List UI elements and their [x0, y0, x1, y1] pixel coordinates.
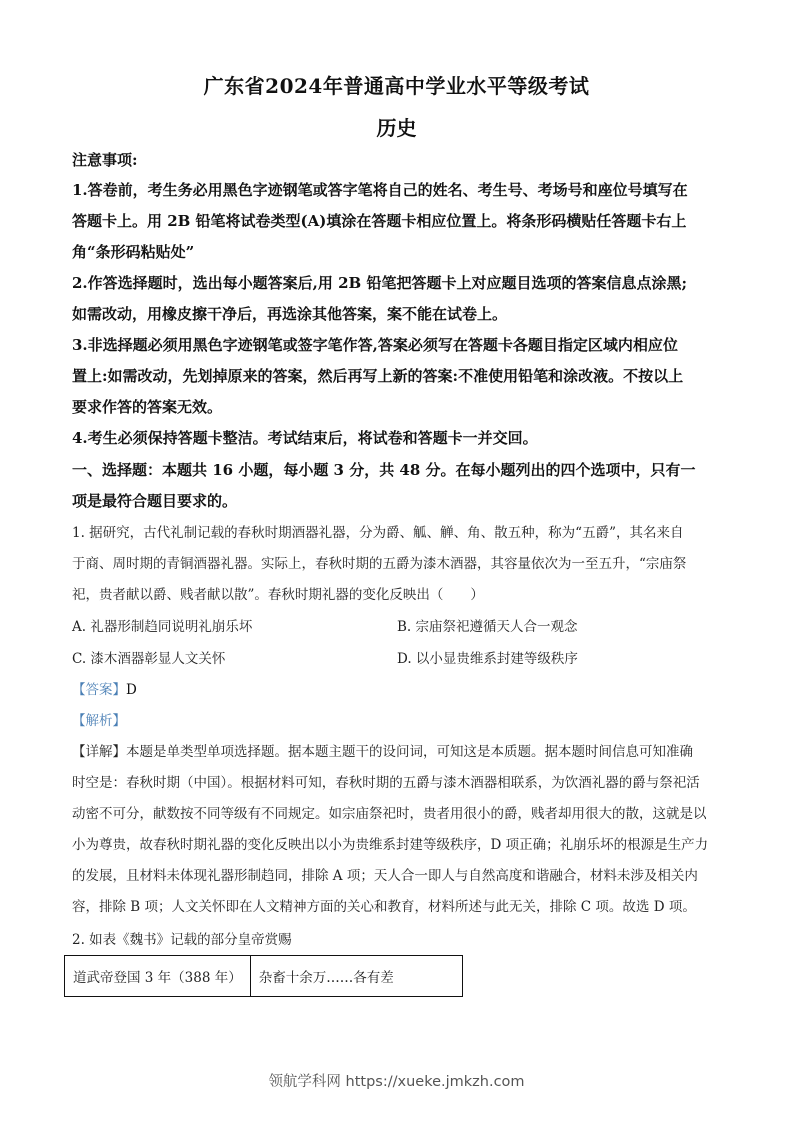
- option-d: D. 以小显贵维系封建等级秩序: [397, 643, 722, 675]
- notice-line: 答题卡上。用 2B 铅笔将试卷类型(A)填涂在答题卡相应位置上。将条形码横贴任答…: [72, 206, 724, 237]
- detail-line: 【详解】本题是单类型单项选择题。据本题主题干的设问词，可知这是本质题。据本题时间…: [72, 737, 724, 768]
- question-line: 于商、周时期的青铜酒器礼器。实际上，春秋时期的五爵为漆木酒器，其容量依次为一至五…: [72, 549, 724, 580]
- footer-watermark: 领航学科网 https://xueke.jmkzh.com: [0, 1070, 793, 1091]
- option-row: A. 礼器形制趋同说明礼崩乐坏 B. 宗庙祭祀遵循天人合一观念: [72, 611, 724, 643]
- question-line: 祀，贵者献以爵、贱者献以散”。春秋时期礼器的变化反映出（ ）: [72, 580, 724, 611]
- analysis-line: 【解析】: [72, 706, 126, 737]
- option-c: C. 漆木酒器彰显人文关怀: [72, 643, 397, 675]
- detail-tag: 【详解】: [72, 744, 126, 760]
- table-cell: 道武帝登国 3 年（388 年）: [65, 956, 251, 997]
- question-line: 1. 据研究，古代礼制记载的春秋时期酒器礼器，分为爵、觚、觯、角、散五种，称为“…: [72, 518, 724, 549]
- section-heading: 一、选择题：本题共 16 小题，每小题 3 分，共 48 分。在每小题列出的四个…: [72, 455, 724, 517]
- table-cell: 杂畜十余万……各有差: [250, 956, 462, 997]
- exam-page: 广东省2024年普通高中学业水平等级考试 历史 注意事项: 1.答卷前，考生务必…: [0, 0, 793, 1122]
- notice-line: 1.答卷前，考生务必用黑色字迹钢笔或答字笔将自己的姓名、考生号、考场号和座位号填…: [72, 175, 724, 206]
- notice-line: 如需改动，用橡皮擦干净后，再选涂其他答案，案不能在试卷上。: [72, 299, 724, 330]
- detail-text: 本题是单类型单项选择题。据本题主题干的设问词，可知这是本质题。据本题时间信息可知…: [126, 744, 693, 760]
- option-a: A. 礼器形制趋同说明礼崩乐坏: [72, 611, 397, 643]
- exam-title: 广东省2024年普通高中学业水平等级考试: [0, 70, 793, 99]
- detail-explanation: 【详解】本题是单类型单项选择题。据本题主题干的设问词，可知这是本质题。据本题时间…: [72, 737, 724, 923]
- notice-line: 3.非选择题必须用黑色字迹钢笔或签字笔作答,答案必须写在答题卡各题目指定区域内相…: [72, 330, 724, 361]
- answer-value: D: [126, 682, 137, 698]
- detail-line: 时空是：春秋时期（中国）。根据材料可知，春秋时期的五爵与漆木酒器相联系，为饮酒礼…: [72, 768, 724, 799]
- notice-line: 置上:如需改动，先划掉原来的答案，然后再写上新的答案:不准使用铅笔和涂改液。不按…: [72, 361, 724, 392]
- option-b: B. 宗庙祭祀遵循天人合一观念: [397, 611, 722, 643]
- table-row: 道武帝登国 3 年（388 年） 杂畜十余万……各有差: [65, 956, 463, 997]
- question-1-stem: 1. 据研究，古代礼制记载的春秋时期酒器礼器，分为爵、觚、觯、角、散五种，称为“…: [72, 518, 724, 611]
- notice-line: 4.考生必须保持答题卡整洁。考试结束后，将试卷和答题卡一并交回。: [72, 423, 724, 454]
- notice-line: 角“条形码粘贴处”: [72, 237, 724, 268]
- option-row: C. 漆木酒器彰显人文关怀 D. 以小显贵维系封建等级秩序: [72, 643, 724, 675]
- detail-line: 小为尊贵，故春秋时期礼器的变化反映出以小为贵维系封建等级秩序，D 项正确；礼崩乐…: [72, 830, 724, 861]
- section-line: 项是最符合题目要求的。: [72, 486, 724, 517]
- notice-line: 要求作答的答案无效。: [72, 392, 724, 423]
- notice-line: 2.作答选择题时，选出每小题答案后,用 2B 铅笔把答题卡上对应题目选项的答案信…: [72, 268, 724, 299]
- detail-line: 的发展，且材料未体现礼器形制趋同，排除 A 项；天人合一即人与自然高度和谐融合，…: [72, 861, 724, 892]
- section-line: 一、选择题：本题共 16 小题，每小题 3 分，共 48 分。在每小题列出的四个…: [72, 455, 724, 486]
- answer-tag: 【答案】: [72, 682, 126, 698]
- notice-list: 1.答卷前，考生务必用黑色字迹钢笔或答字笔将自己的姓名、考生号、考场号和座位号填…: [72, 175, 724, 454]
- question-2-table: 道武帝登国 3 年（388 年） 杂畜十余万……各有差: [64, 955, 463, 997]
- notice-heading: 注意事项:: [72, 145, 724, 176]
- notice-heading-text: 注意事项:: [72, 145, 724, 176]
- answer-line: 【答案】D: [72, 675, 137, 706]
- question-2-stem: 2. 如表《魏书》记载的部分皇帝赏赐: [72, 925, 292, 956]
- detail-line: 容，排除 B 项；人文关怀即在人文精神方面的关心和教育，材料所述与此无关，排除 …: [72, 892, 724, 923]
- analysis-tag: 【解析】: [72, 713, 126, 729]
- question-1-options: A. 礼器形制趋同说明礼崩乐坏 B. 宗庙祭祀遵循天人合一观念 C. 漆木酒器彰…: [72, 611, 724, 675]
- exam-subject: 历史: [0, 112, 793, 141]
- detail-line: 动密不可分，献数按不同等级有不同规定。如宗庙祭祀时，贵者用很小的爵，贱者却用很大…: [72, 799, 724, 830]
